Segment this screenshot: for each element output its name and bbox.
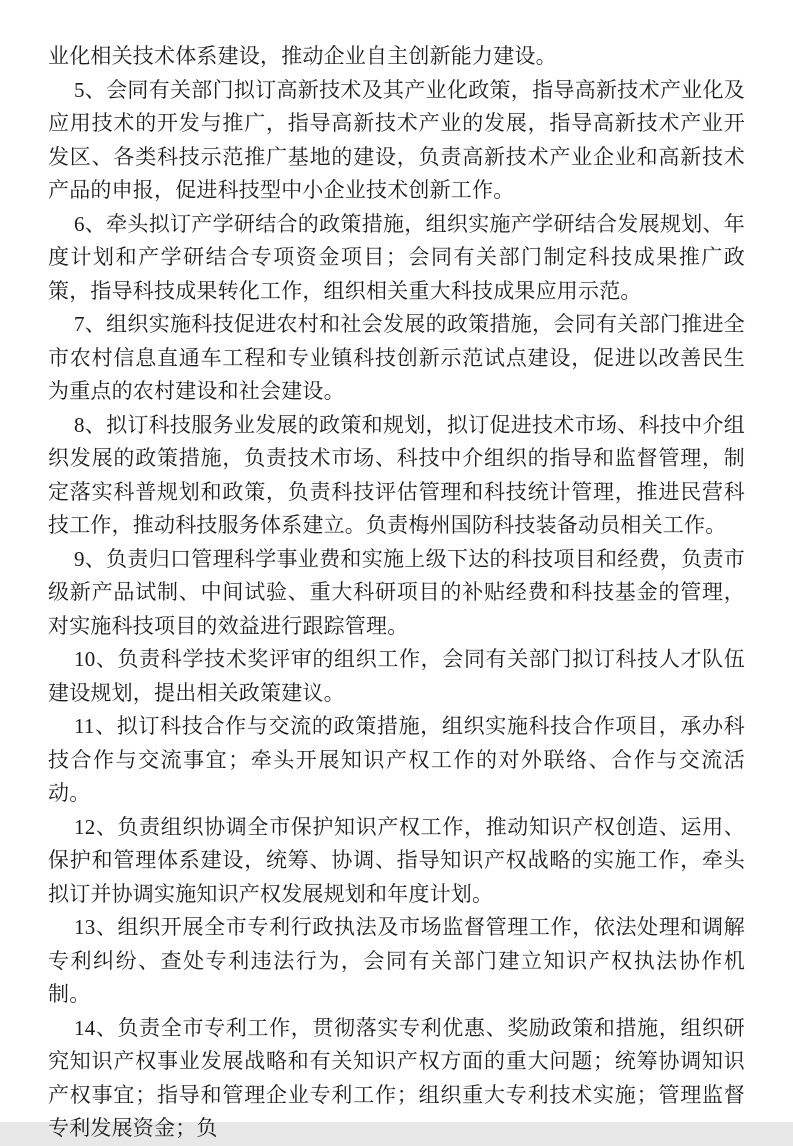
paragraph-item-8: 8、拟订科技服务业发展的政策和规划，拟订促进技术市场、科技中介组织发展的政策措施… [48, 409, 745, 543]
paragraph-item-14: 14、负责全市专利工作，贯彻落实专利优惠、奖励政策和措施，组织研究知识产权事业发… [48, 1012, 745, 1123]
document-page: 业化相关技术体系建设，推动企业自主创新能力建设。 5、会同有关部门拟订高新技术及… [0, 0, 793, 1122]
paragraph-item-12: 12、负责组织协调全市保护知识产权工作，推动知识产权创造、运用、保护和管理体系建… [48, 811, 745, 912]
paragraph-item-10: 10、负责科学技术奖评审的组织工作，会同有关部门拟订科技人才队伍建设规划，提出相… [48, 643, 745, 710]
document-body-text: 业化相关技术体系建设，推动企业自主创新能力建设。 5、会同有关部门拟订高新技术及… [48, 40, 745, 1122]
paragraph-item-7: 7、组织实施科技促进农村和社会发展的政策措施，会同有关部门推进全市农村信息直通车… [48, 308, 745, 409]
paragraph-item-5: 5、会同有关部门拟订高新技术及其产业化政策，指导高新技术产业化及应用技术的开发与… [48, 74, 745, 208]
paragraph-item-13: 13、组织开展全市专利行政执法及市场监督管理工作，依法处理和调解专利纠纷、查处专… [48, 911, 745, 1012]
paragraph-item-11: 11、拟订科技合作与交流的政策措施，组织实施科技合作项目，承办科技合作与交流事宜… [48, 710, 745, 811]
paragraph-item-6: 6、牵头拟订产学研结合的政策措施，组织实施产学研结合发展规划、年度计划和产学研结… [48, 208, 745, 309]
paragraph-item-9: 9、负责归口管理科学事业费和实施上级下达的科技项目和经费，负责市级新产品试制、中… [48, 543, 745, 644]
paragraph-4-continuation: 业化相关技术体系建设，推动企业自主创新能力建设。 [48, 40, 745, 74]
